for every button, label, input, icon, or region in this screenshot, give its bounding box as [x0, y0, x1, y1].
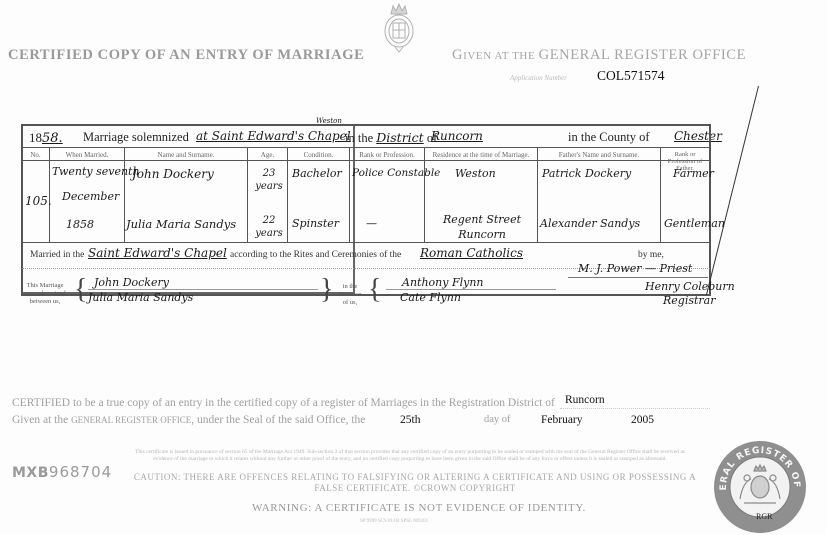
bride-age: 22 years [252, 214, 286, 240]
groom-age: 23 years [252, 167, 286, 193]
district-value: Runcorn [431, 129, 483, 143]
bride-profession: — [366, 217, 377, 230]
certified-month: February [541, 414, 583, 426]
col-when-married: When Married. [50, 151, 124, 159]
right-brace: } [320, 276, 333, 304]
presence-label: in the Presence of us, [335, 283, 365, 307]
col-father: Father's Name and Surname. [538, 151, 660, 159]
cancellation-stroke [706, 86, 759, 295]
certified-line: CERTIFIED to be a true copy of an entry … [12, 397, 555, 409]
witness-2: Cate Flynn [400, 291, 461, 304]
rites-label: according to the Rites and Ceremonies of… [230, 250, 401, 260]
day-of-label: day of [484, 414, 511, 425]
solemnized-place: at Saint Edward's Chapel [196, 129, 351, 143]
royal-crest-icon [381, 2, 417, 54]
groom-father: Patrick Dockery [542, 167, 631, 180]
statutory-fine-print: This certificate is issued in pursuance … [130, 449, 690, 463]
application-number: COL571574 [597, 68, 665, 84]
registrar-name: Henry Coleburn [645, 280, 735, 293]
when-married-day: Twenty seventh [52, 165, 140, 178]
officiant-signature: M. J. Power — Priest [578, 262, 692, 275]
application-number-label: Application Number [510, 74, 567, 82]
married-in-place: Saint Edward's Chapel [88, 246, 227, 260]
register-year: 1858. [29, 130, 63, 146]
county-label: in the County of [568, 130, 650, 145]
given-at-gro-heading: GIVEN AT THE GENERAL REGISTER OFFICE [452, 47, 746, 64]
initials: RGR [756, 512, 772, 521]
identity-warning: WARNING: A CERTIFICATE IS NOT EVIDENCE O… [252, 502, 586, 514]
certified-day: 25th [400, 414, 420, 426]
when-married-month: December [62, 190, 119, 203]
witness-brace: { [368, 276, 381, 304]
groom-name: John Dockery [132, 167, 214, 181]
serial-number: MXB968704 [12, 463, 112, 481]
between-groom: John Dockery [94, 276, 169, 289]
groom-condition: Bachelor [292, 167, 342, 180]
registrar-title: Registrar [663, 294, 716, 307]
col-age: Age. [248, 151, 287, 159]
witness-1: Anthony Flynn [402, 276, 484, 289]
given-at-line: Given at the GENERAL REGISTER OFFICE, un… [12, 414, 365, 426]
col-residence: Residence at the time of Marriage. [425, 151, 537, 159]
certified-year: 2005 [631, 414, 654, 426]
left-brace: { [74, 276, 87, 304]
col-condition: Condition. [288, 151, 349, 159]
between-bride: Julia Maria Sandys [88, 291, 193, 304]
certificate-title: CERTIFIED COPY OF AN ENTRY OF MARRIAGE [8, 47, 364, 64]
certified-district: Runcorn [565, 394, 605, 406]
rites-value: Roman Catholics [420, 246, 523, 260]
form-code: SP 9999 SCS 01/04 SPSL 009201 [360, 519, 428, 524]
district-label: in the District of [345, 130, 437, 146]
by-me-label: by me, [638, 250, 664, 260]
when-married-year: 1858 [66, 218, 94, 231]
groom-father-profession: Farmer [673, 167, 714, 180]
bride-father-profession: Gentleman [664, 217, 725, 230]
col-no: No. [22, 151, 49, 159]
solemnized-label: Marriage solemnized [83, 130, 189, 145]
bride-name: Julia Maria Sandys [126, 217, 236, 231]
groom-residence: Weston [455, 167, 496, 180]
county-value: Chester [674, 129, 722, 143]
groom-profession: Police Constable [352, 167, 440, 179]
entry-number: 105. [25, 194, 52, 208]
caution-notice: CAUTION: THERE ARE OFFENCES RELATING TO … [130, 472, 700, 494]
col-name: Name and Surname. [125, 151, 247, 159]
married-in-label: Married in the [30, 250, 84, 260]
bride-condition: Spinster [292, 217, 339, 230]
col-rank: Rank or Profession. [350, 151, 424, 159]
bride-father: Alexander Sandys [540, 217, 640, 230]
bride-residence: Regent Street Runcorn [432, 212, 532, 242]
solemnized-between-label: This Marriage was solemnized between us, [24, 282, 66, 306]
